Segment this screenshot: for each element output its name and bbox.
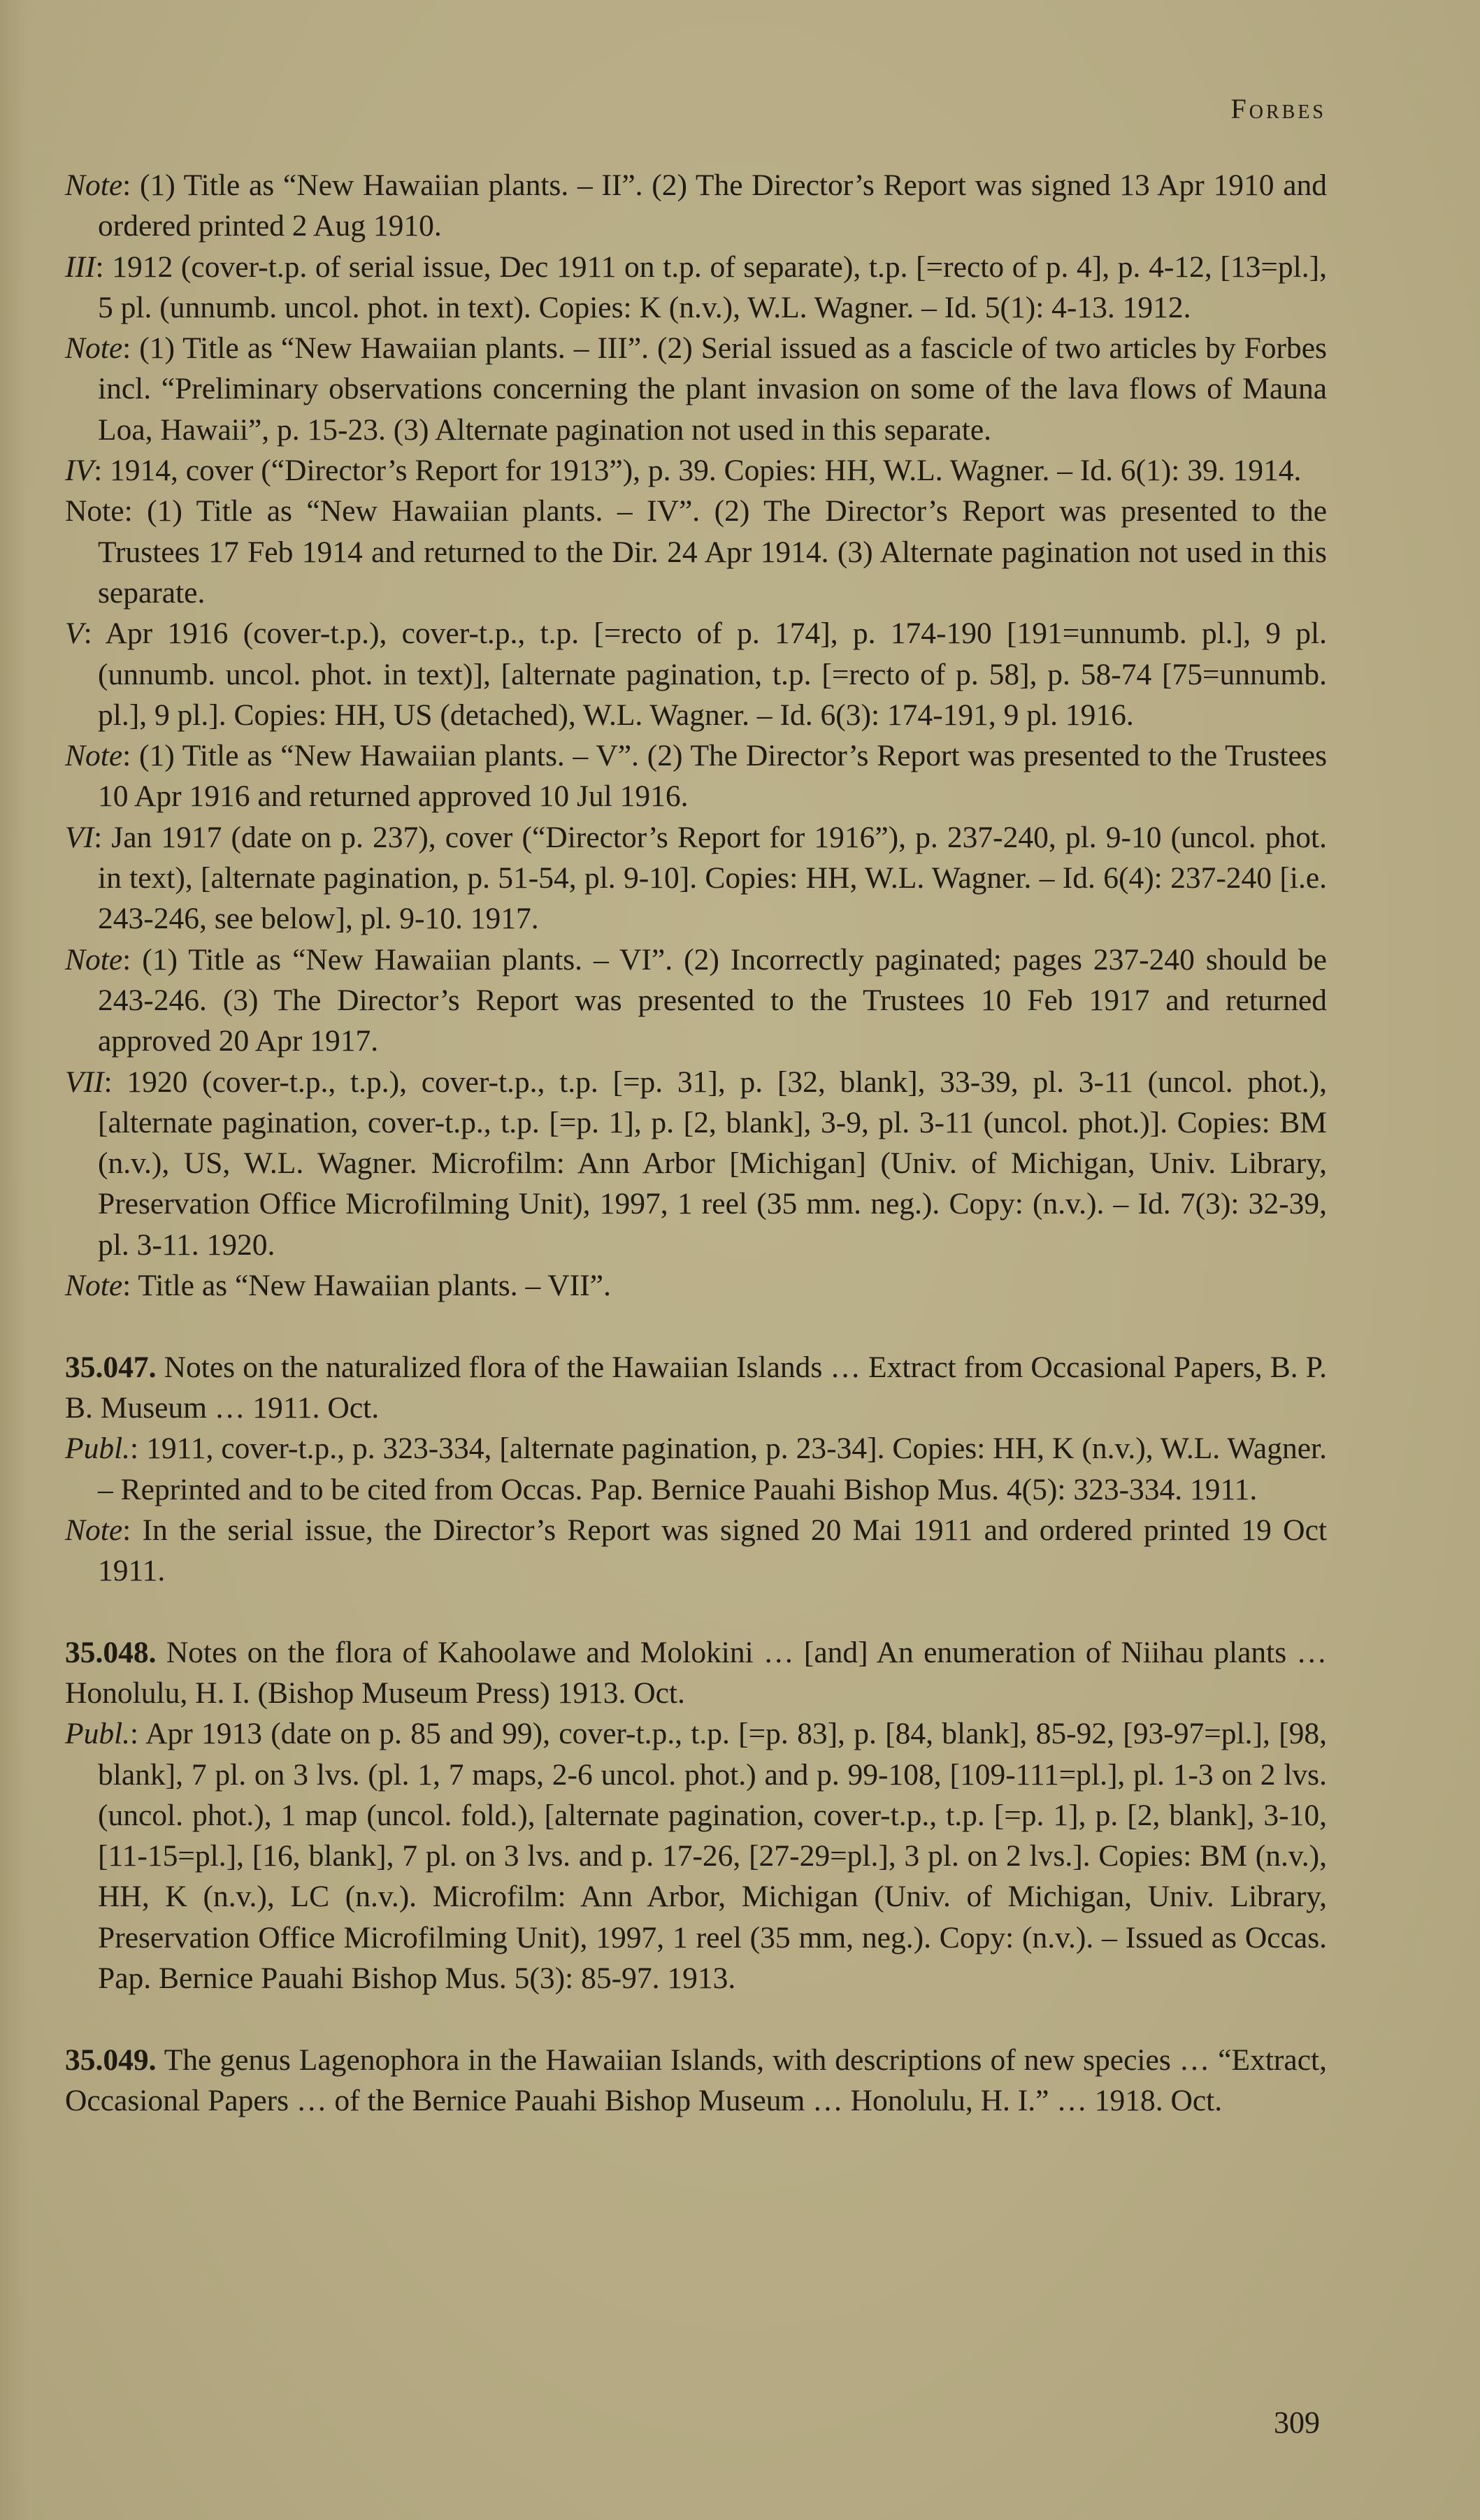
part-iii-paragraph: III: 1912 (cover-t.p. of serial issue, D… <box>65 247 1327 329</box>
note-paragraph: Note: (1) Title as “New Hawaiian plants.… <box>65 491 1327 613</box>
page-number: 309 <box>1274 2405 1320 2440</box>
part-vii-paragraph: VII: 1920 (cover-t.p., t.p.), cover-t.p.… <box>65 1062 1327 1265</box>
page-gutter-shadow <box>0 0 28 2520</box>
part-iv-paragraph: IV: 1914, cover (“Director’s Report for … <box>65 450 1327 491</box>
entry-separator <box>65 1306 1327 1346</box>
note-paragraph: Note: In the serial issue, the Director’… <box>65 1510 1327 1592</box>
note-paragraph: Note: Title as “New Hawaiian plants. – V… <box>65 1265 1327 1306</box>
entry-title-text: Notes on the naturalized flora of the Ha… <box>65 1351 1327 1425</box>
entry-separator <box>65 1591 1327 1632</box>
note-paragraph: Note: (1) Title as “New Hawaiian plants.… <box>65 939 1327 1062</box>
note-paragraph: Note: (1) Title as “New Hawaiian plants.… <box>65 165 1327 247</box>
running-head: Forbes <box>1231 92 1327 125</box>
note-paragraph: Note: (1) Title as “New Hawaiian plants.… <box>65 735 1327 817</box>
note-paragraph: Note: (1) Title as “New Hawaiian plants.… <box>65 328 1327 450</box>
entry-title-35-049: 35.049. The genus Lagenophora in the Haw… <box>65 2040 1327 2122</box>
publ-paragraph: Publ.: Apr 1913 (date on p. 85 and 99), … <box>65 1713 1327 1999</box>
entry-number: 35.049. <box>65 2043 157 2077</box>
entry-title-35-048: 35.048. Notes on the flora of Kahoolawe … <box>65 1632 1327 1714</box>
entry-number: 35.048. <box>65 1636 157 1669</box>
entry-title-text: Notes on the flora of Kahoolawe and Molo… <box>65 1636 1327 1710</box>
page-body: Note: (1) Title as “New Hawaiian plants.… <box>65 165 1327 2121</box>
entry-separator <box>65 1999 1327 2039</box>
entry-number: 35.047. <box>65 1351 157 1384</box>
part-v-paragraph: V: Apr 1916 (cover-t.p.), cover-t.p., t.… <box>65 613 1327 735</box>
entry-title-35-047: 35.047. Notes on the naturalized flora o… <box>65 1347 1327 1429</box>
part-vi-paragraph: VI: Jan 1917 (date on p. 237), cover (“D… <box>65 817 1327 939</box>
publ-paragraph: Publ.: 1911, cover-t.p., p. 323-334, [al… <box>65 1428 1327 1510</box>
entry-title-text: The genus Lagenophora in the Hawaiian Is… <box>65 2043 1327 2117</box>
